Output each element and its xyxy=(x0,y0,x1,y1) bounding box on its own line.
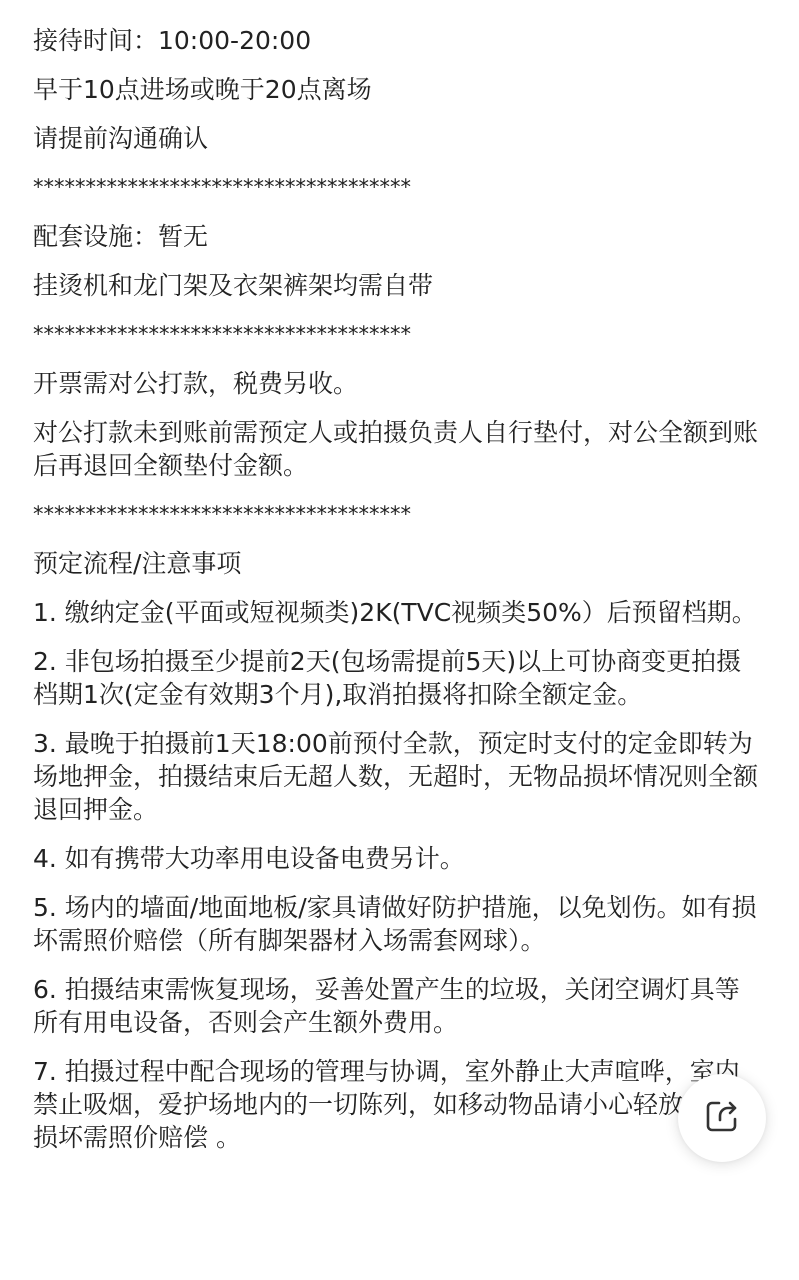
reception-hours: 接待时间：10:00-20:00 xyxy=(33,24,759,57)
process-item-2: 2. 非包场拍摄至少提前2天(包场需提前5天)以上可协商变更拍摄档期1次(定金有… xyxy=(33,645,759,711)
process-item-4: 4. 如有携带大功率用电设备电费另计。 xyxy=(33,842,759,875)
process-item-3: 3. 最晚于拍摄前1天18:00前预付全款，预定时支付的定金即转为场地押金，拍摄… xyxy=(33,727,759,826)
document-body: 接待时间：10:00-20:00 早于10点进场或晚于20点离场 请提前沟通确认… xyxy=(33,24,759,1170)
share-icon xyxy=(702,1096,742,1140)
process-item-7: 7. 拍摄过程中配合现场的管理与协调，室外静止大声喧哗，室内禁止吸烟，爱护场地内… xyxy=(33,1055,759,1154)
confirm-note: 请提前沟通确认 xyxy=(33,122,759,155)
process-item-6: 6. 拍摄结束需恢复现场，妥善处置产生的垃圾，关闭空调灯具等所有用电设备，否则会… xyxy=(33,973,759,1039)
process-item-1: 1. 缴纳定金(平面或短视频类)2K(TVC视频类50%）后预留档期。 xyxy=(33,596,759,629)
early-late-note: 早于10点进场或晚于20点离场 xyxy=(33,73,759,106)
facilities-label: 配套设施：暂无 xyxy=(33,220,759,253)
process-title: 预定流程/注意事项 xyxy=(33,547,759,580)
invoice-line-1: 开票需对公打款，税费另收。 xyxy=(33,367,759,400)
separator: ************************************ xyxy=(33,171,465,204)
facilities-note: 挂烫机和龙门架及衣架裤架均需自带 xyxy=(33,269,759,302)
invoice-line-2: 对公打款未到账前需预定人或拍摄负责人自行垫付，对公全额到账后再退回全额垫付金额。 xyxy=(33,416,759,482)
separator: ************************************ xyxy=(33,498,465,531)
share-button[interactable] xyxy=(678,1074,766,1162)
process-item-5: 5. 场内的墙面/地面地板/家具请做好防护措施，以免划伤。如有损坏需照价赔偿（所… xyxy=(33,891,759,957)
separator: ************************************ xyxy=(33,318,465,351)
